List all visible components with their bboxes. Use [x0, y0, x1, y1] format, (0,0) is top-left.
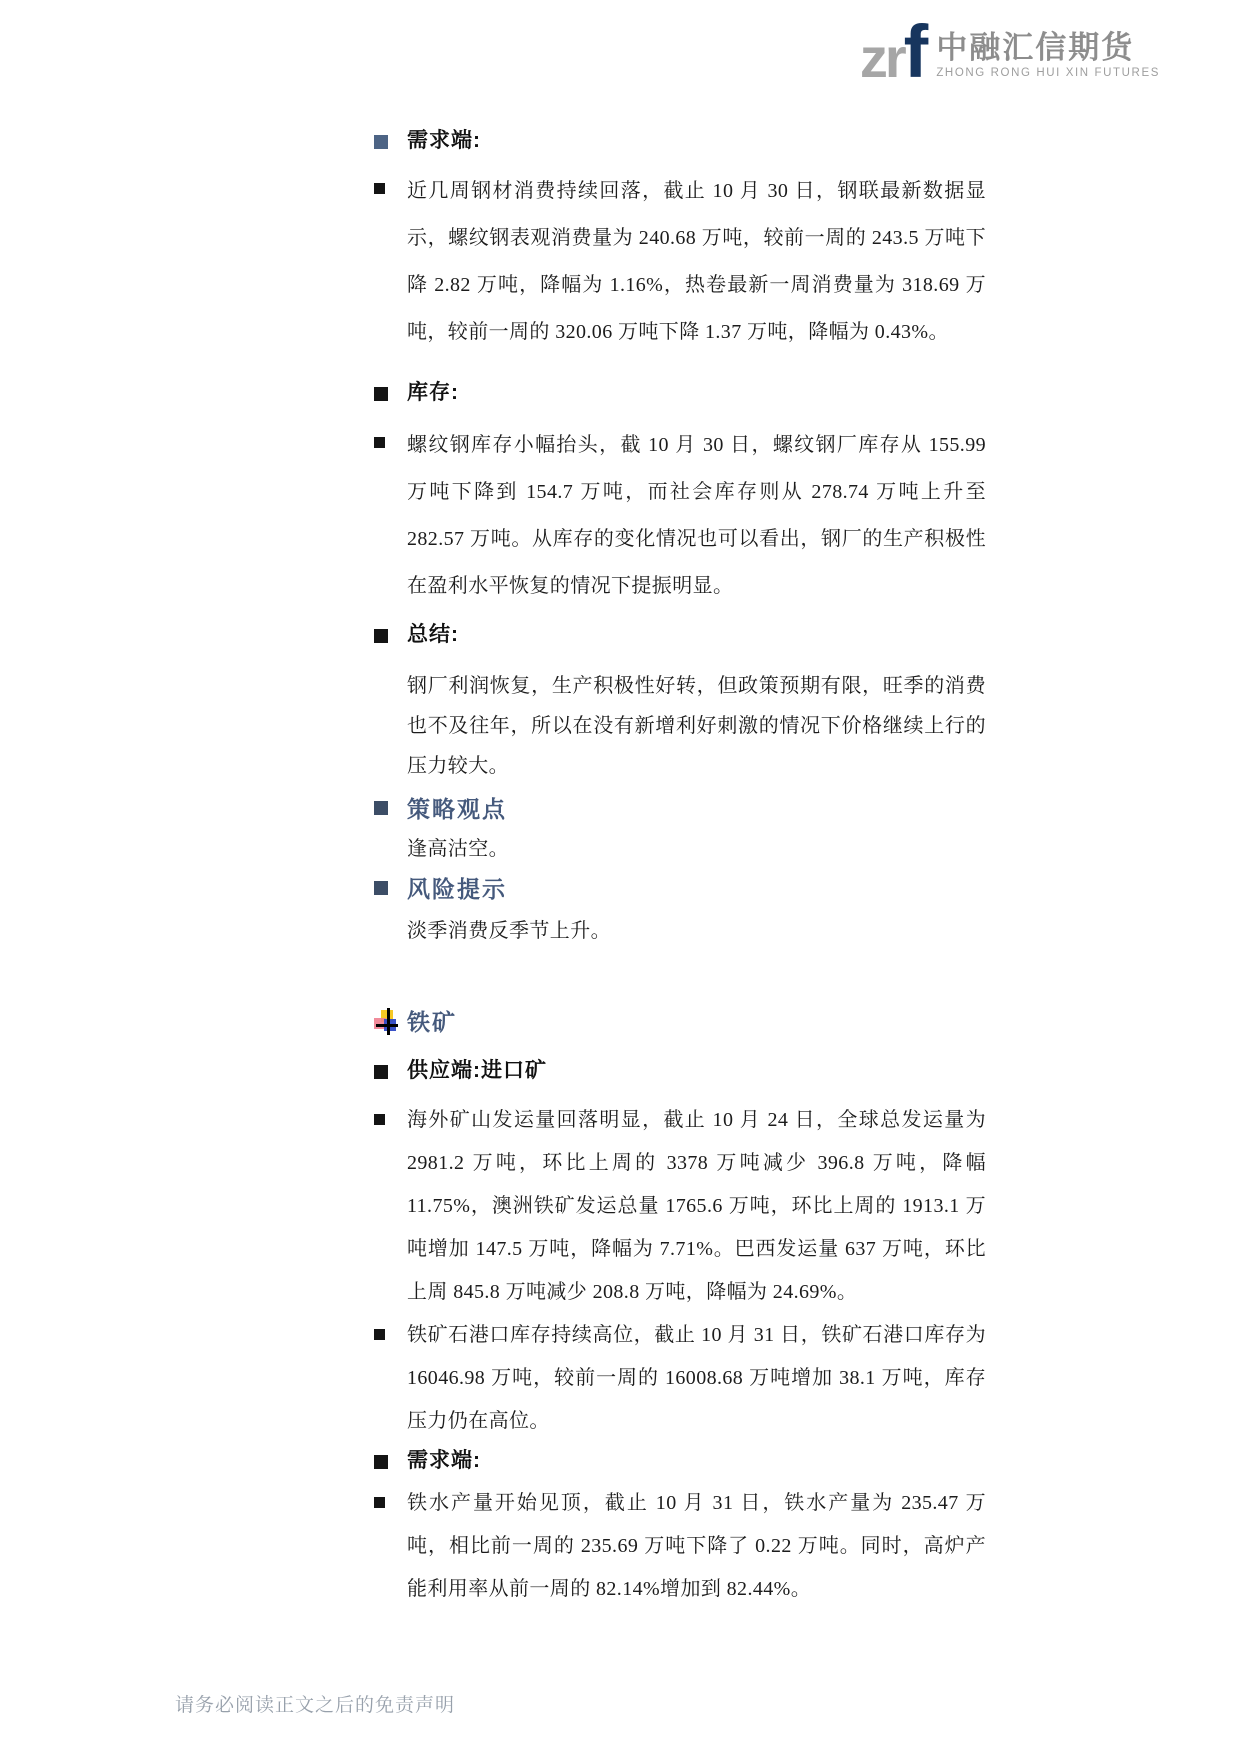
- risk-heading-row: 风险提示: [373, 872, 986, 906]
- section-heading: 需求端:: [407, 129, 481, 152]
- section-heading: 库存:: [407, 381, 459, 404]
- section-heading-accent: 策略观点: [407, 796, 507, 822]
- company-name-cn: 中融汇信期货: [936, 32, 1160, 65]
- steel-inventory-paragraph-row: 螺纹钢库存小幅抬头，截 10 月 30 日，螺纹钢厂库存从 155.99 万吨下…: [373, 422, 986, 610]
- risk-paragraph-row: 淡季消费反季节上升。: [373, 916, 986, 946]
- iron-supply-paragraph2-row: 铁矿石港口库存持续高位，截止 10 月 31 日，铁矿石港口库存为 16046.…: [373, 1314, 986, 1443]
- square-bullet-icon: [374, 629, 388, 643]
- paragraph-text: 逢高沽空。: [407, 834, 986, 864]
- iron-demand-paragraph-row: 铁水产量开始见顶，截止 10 月 31 日，铁水产量为 235.47 万吨，相比…: [373, 1482, 986, 1611]
- paragraph-text: 海外矿山发运量回落明显，截止 10 月 24 日，全球总发运量为 2981.2 …: [407, 1099, 986, 1314]
- iron-supply-heading-row: 供应端:进口矿: [373, 1056, 986, 1086]
- icon-part-vertical-bar: [387, 1008, 390, 1035]
- square-bullet-icon: [374, 135, 388, 149]
- iron-section-title-row: 铁矿: [373, 1004, 986, 1040]
- paragraph-text: 淡季消费反季节上升。: [407, 916, 986, 946]
- footer-disclaimer: 请务必阅读正文之后的免责声明: [175, 1690, 455, 1717]
- report-body: 需求端: 近几周钢材消费持续回落，截止 10 月 30 日，钢联最新数据显示，螺…: [373, 118, 986, 1611]
- section-heading-accent: 风险提示: [407, 876, 507, 902]
- report-page: zrf 中融汇信期货 ZHONG RONG HUI XIN FUTURES 需求…: [0, 0, 1240, 1753]
- paragraph-text: 铁水产量开始见顶，截止 10 月 31 日，铁水产量为 235.47 万吨，相比…: [407, 1482, 986, 1611]
- strategy-heading-row: 策略观点: [373, 792, 986, 826]
- square-bullet-icon: [374, 437, 385, 448]
- steel-summary-paragraph-row: 钢厂利润恢复，生产积极性好转，但政策预期有限，旺季的消费也不及往年，所以在没有新…: [373, 666, 986, 786]
- square-bullet-icon: [374, 801, 388, 815]
- square-bullet-icon: [374, 387, 388, 401]
- steel-inventory-heading-row: 库存:: [373, 378, 986, 408]
- strategy-paragraph-row: 逢高沽空。: [373, 834, 986, 864]
- square-bullet-icon: [374, 881, 388, 895]
- colored-cross-icon: [372, 1008, 400, 1038]
- square-bullet-icon: [374, 1114, 385, 1125]
- zrf-logo: zrf: [860, 22, 926, 81]
- company-name-en: ZHONG RONG HUI XIN FUTURES: [936, 67, 1160, 79]
- section-heading: 供应端:进口矿: [407, 1059, 547, 1082]
- brand-name-block: 中融汇信期货 ZHONG RONG HUI XIN FUTURES: [936, 32, 1160, 82]
- icon-part-horizontal-bar: [376, 1024, 398, 1027]
- brand-header: zrf 中融汇信期货 ZHONG RONG HUI XIN FUTURES: [860, 22, 1160, 81]
- steel-demand-heading-row: 需求端:: [373, 126, 986, 156]
- steel-summary-heading-row: 总结:: [373, 620, 986, 650]
- square-bullet-icon: [374, 1065, 388, 1079]
- logo-letter-f: f: [904, 10, 927, 93]
- square-bullet-icon: [374, 183, 385, 194]
- square-bullet-icon: [374, 1455, 388, 1469]
- iron-demand-heading-row: 需求端:: [373, 1446, 986, 1476]
- square-bullet-icon: [374, 1497, 385, 1508]
- iron-supply-paragraph1-row: 海外矿山发运量回落明显，截止 10 月 24 日，全球总发运量为 2981.2 …: [373, 1099, 986, 1314]
- square-bullet-icon: [374, 1329, 385, 1340]
- paragraph-text: 铁矿石港口库存持续高位，截止 10 月 31 日，铁矿石港口库存为 16046.…: [407, 1314, 986, 1443]
- section-heading: 总结:: [407, 623, 459, 646]
- paragraph-text: 螺纹钢库存小幅抬头，截 10 月 30 日，螺纹钢厂库存从 155.99 万吨下…: [407, 422, 986, 610]
- paragraph-text: 近几周钢材消费持续回落，截止 10 月 30 日，钢联最新数据显示，螺纹钢表观消…: [407, 168, 986, 356]
- paragraph-text: 钢厂利润恢复，生产积极性好转，但政策预期有限，旺季的消费也不及往年，所以在没有新…: [407, 666, 986, 786]
- logo-letters-zr: zr: [860, 26, 904, 89]
- steel-demand-paragraph-row: 近几周钢材消费持续回落，截止 10 月 30 日，钢联最新数据显示，螺纹钢表观消…: [373, 168, 986, 356]
- section-heading: 需求端:: [407, 1449, 481, 1472]
- iron-section-title: 铁矿: [407, 1005, 457, 1039]
